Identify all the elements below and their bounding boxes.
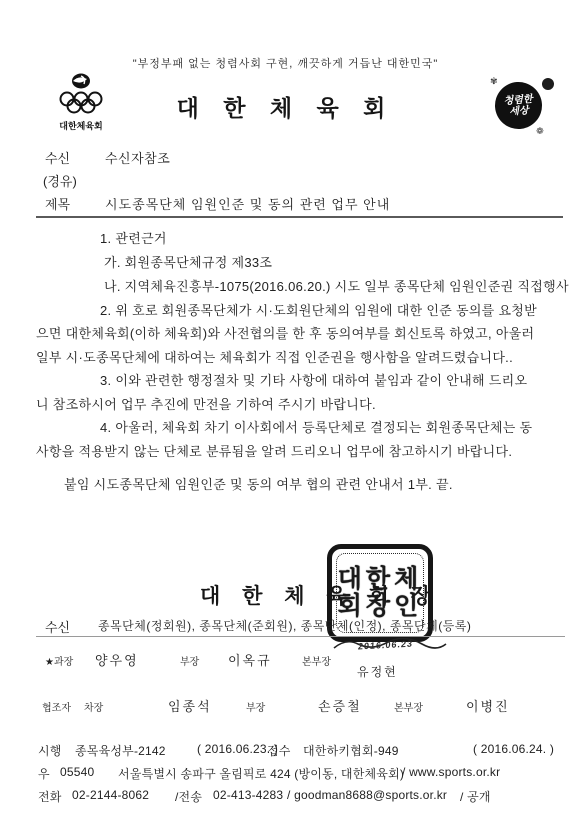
body-line: 으면 대한체육회(이하 체육회)와 사전협의를 한 후 동의여부를 회신토록 하… — [36, 323, 534, 342]
document-header-title: 대 한 체 육 회 — [0, 90, 571, 123]
subject-divider — [36, 216, 563, 218]
body-line: 2. 위 호로 회원종목단체가 시·도회원단체의 임원에 대한 인준 동의를 요… — [100, 300, 537, 319]
exec-label: 시행 — [38, 742, 62, 759]
badge-circle: 청렴한 세상 — [493, 80, 543, 130]
body-line: 니 참조하시어 업무 추진에 만전을 기하여 주시기 바랍니다. — [36, 394, 376, 413]
recipients-value: 종목단체(정회원), 종목단체(준회원), 종목단체(인정), 종목단체(등록) — [98, 617, 471, 634]
attachment-line: 붙임 시도종목단체 임원인준 및 동의 여부 협의 관련 안내서 1부. 끝. — [64, 474, 453, 493]
sparkle-icon: ✾ — [490, 76, 498, 87]
exec-number: 종목육성부-2142 — [75, 742, 166, 759]
body-line: 가. 회원종목단체규정 제33조 — [104, 252, 272, 271]
zip-code: 05540 — [60, 765, 94, 779]
approver-role: 부장 — [180, 653, 199, 668]
subject-label: 제목 — [45, 194, 70, 213]
approver-role: 본부장 — [302, 653, 331, 668]
email-address: / goodman8688@sports.or.kr — [287, 788, 447, 802]
fax-label: /전송 — [175, 788, 202, 805]
fax-number: 02-413-4283 — [213, 788, 283, 802]
signature-divider — [36, 636, 565, 637]
disclosure-status: / 공개 — [460, 788, 491, 805]
recipients-label: 수신 — [45, 617, 70, 636]
cooperator-role: 차장 — [84, 699, 103, 714]
body-line: 일부 시·도종목단체에 대하여는 체육회가 직접 인준권을 행사함을 알려드렸습… — [36, 347, 513, 366]
address: 서울특별시 송파구 올림픽로 424 (방이동, 대한체육회) — [118, 765, 404, 782]
body-line: 사항을 적용받지 않는 단체로 분류됨을 알려 드리오니 업무에 참고하시기 바… — [36, 441, 512, 460]
cooperator-label: 협조자 — [42, 699, 71, 714]
exec-date: ( 2016.06.23. ) — [197, 742, 278, 756]
recipient-value: 수신자참조 — [105, 148, 170, 167]
anti-corruption-slogan: "부정부패 없는 청렴사회 구현, 깨끗하게 거듭난 대한민국" — [0, 55, 571, 71]
sparkle-icon: ❁ — [536, 126, 544, 137]
approver-name: 유정현 — [357, 663, 398, 680]
official-document: "부정부패 없는 청렴사회 구현, 깨끗하게 거듭난 대한민국" 대한체육회 대… — [0, 0, 571, 821]
phone-number: 02-2144-8062 — [72, 788, 149, 802]
receive-label: 접수 — [267, 742, 291, 759]
dot-icon — [542, 78, 554, 90]
cooperator-role: 부장 — [246, 699, 265, 714]
body-line: 나. 지역체육진흥부-1075(2016.06.20.) 시도 일부 종목단체 … — [104, 276, 571, 295]
body-line: 1. 관련근거 — [100, 228, 167, 247]
integrity-campaign-badge: ✾ 청렴한 세상 ❁ — [490, 76, 560, 138]
approver-name: 이옥규 — [228, 650, 272, 669]
website-link: / www.sports.or.kr — [402, 765, 500, 779]
receive-date: ( 2016.06.24. ) — [473, 742, 554, 756]
subject-value: 시도종목단체 임원인준 및 동의 관련 업무 안내 — [105, 194, 390, 213]
seal-text-row1: 대한체 — [338, 566, 422, 593]
receive-number: 대한하키협회-949 — [303, 742, 399, 759]
body-line: 3. 이와 관련한 행정절차 및 기타 사항에 대하여 붙임과 같이 안내해 드… — [100, 370, 527, 389]
phone-label: 전화 — [38, 788, 62, 805]
badge-text-line2: 세상 — [509, 105, 529, 117]
cooperator-role: 본부장 — [394, 699, 423, 714]
approver-name: 양우영 — [95, 650, 139, 669]
body-line: 4. 아울러, 체육회 차기 이사회에서 등록단체로 결정되는 회원종목단체는 … — [100, 417, 532, 436]
approver-role: ★과장 — [45, 653, 73, 668]
cooperator-name: 이병진 — [466, 696, 510, 715]
recipient-label: 수신 — [45, 148, 70, 167]
seal-text-row2: 회장인 — [338, 593, 422, 620]
zip-label: 우 — [38, 765, 50, 782]
cooperator-name: 손증철 — [318, 696, 362, 715]
cooperator-name: 임종석 — [168, 696, 212, 715]
via-label: (경유) — [43, 171, 77, 190]
